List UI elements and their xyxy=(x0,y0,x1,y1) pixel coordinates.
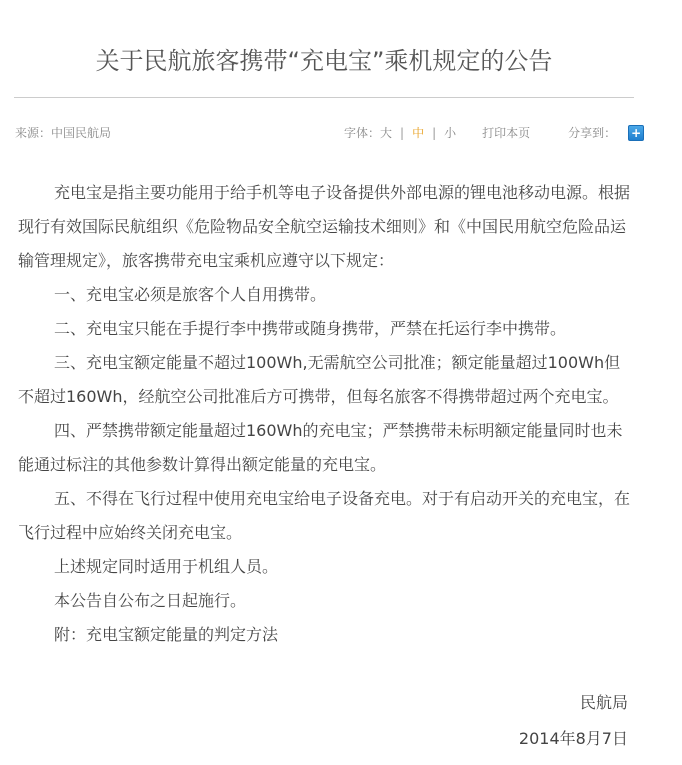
appendix-note: 附：充电宝额定能量的判定方法 xyxy=(18,618,630,652)
rule-1: 一、充电宝必须是旅客个人自用携带。 xyxy=(18,278,630,312)
title-divider xyxy=(14,97,634,98)
separator: | xyxy=(400,124,404,142)
source-label: 来源：中国民航局 xyxy=(15,124,111,142)
article-tools: 字体： 大 | 中 | 小 打印本页 分享到： + xyxy=(344,124,644,142)
rule-2: 二、充电宝只能在手提行李中携带或随身携带，严禁在托运行李中携带。 xyxy=(18,312,630,346)
share-plus-icon[interactable]: + xyxy=(628,125,644,141)
rule-4: 四、严禁携带额定能量超过160Wh的充电宝；严禁携带未标明额定能量同时也未能通过… xyxy=(18,414,630,482)
font-size-large[interactable]: 大 xyxy=(380,124,392,142)
article-body: 充电宝是指主要功能用于给手机等电子设备提供外部电源的锂电池移动电源。根据现行有效… xyxy=(18,176,630,652)
rule-3: 三、充电宝额定能量不超过100Wh,无需航空公司批准；额定能量超过100Wh但不… xyxy=(18,346,630,414)
separator: | xyxy=(432,124,436,142)
rule-5: 五、不得在飞行过程中使用充电宝给电子设备充电。对于有启动开关的充电宝，在飞行过程… xyxy=(18,482,630,550)
signature-org: 民航局 xyxy=(580,690,628,713)
font-size-label: 字体： xyxy=(344,124,380,142)
font-size-small[interactable]: 小 xyxy=(444,124,456,142)
signature-date: 2014年8月7日 xyxy=(519,726,628,749)
font-size-medium[interactable]: 中 xyxy=(412,124,424,142)
effective-note: 本公告自公布之日起施行。 xyxy=(18,584,630,618)
intro-paragraph: 充电宝是指主要功能用于给手机等电子设备提供外部电源的锂电池移动电源。根据现行有效… xyxy=(18,176,630,278)
share-label: 分享到： xyxy=(568,124,616,142)
crew-note: 上述规定同时适用于机组人员。 xyxy=(18,550,630,584)
print-page-link[interactable]: 打印本页 xyxy=(482,124,530,142)
page-title: 关于民航旅客携带“充电宝”乘机规定的公告 xyxy=(0,44,648,78)
